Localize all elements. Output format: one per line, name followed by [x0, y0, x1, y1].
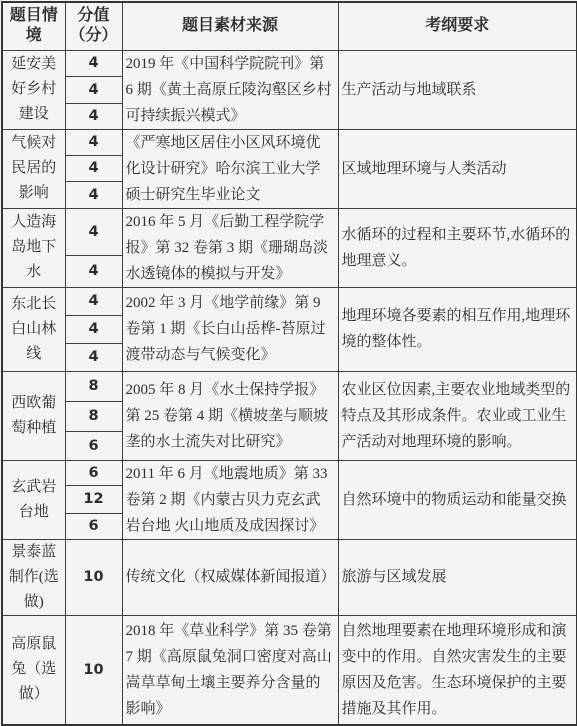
context-cell: 人造海岛地下水 — [2, 208, 65, 287]
table-row: 延安美好乡村建设 4 2019 年《中国科学院院刊》第 6 期《黄土高原丘陵沟壑… — [2, 50, 577, 77]
header-row: 题目情境 分值 （分） 题目素材来源 考纲要求 — [2, 2, 577, 50]
table-row: 人造海岛地下水 4 2016 年 5 月《后勤工程学院学报》第 32 卷第 3 … — [2, 208, 577, 256]
header-requirement: 考纲要求 — [338, 2, 577, 50]
source-cell: 2011 年 6 月《地震地质》第 33 卷第 2 期《内蒙古贝力克玄武岩台地 … — [122, 460, 338, 539]
requirement-cell: 区域地理环境与人类活动 — [338, 129, 577, 208]
score-cell: 8 — [65, 401, 122, 431]
score-cell: 6 — [65, 460, 122, 486]
table-row: 高原鼠兔（选做） 10 2018 年《草业科学》第 35 卷第 7 期《高原鼠兔… — [2, 615, 577, 725]
context-cell: 景泰蓝制作(选做) — [2, 539, 65, 615]
requirement-cell: 自然地理要素在地理环境形成和演变中的作用。自然灾害发生的主要原因及危害。生态环境… — [338, 615, 577, 725]
requirement-cell: 农业区位因素,主要农业地域类型的特点及其形成条件。农业或工业生产活动对地理环境的… — [338, 371, 577, 460]
score-cell: 4 — [65, 208, 122, 256]
scanned-document-page: 题目情境 分值 （分） 题目素材来源 考纲要求 延安美好乡村建设 4 2019 … — [0, 0, 577, 675]
context-cell: 气候对民居的影响 — [2, 129, 65, 208]
source-cell: 2016 年 5 月《后勤工程学院学报》第 32 卷第 3 期《珊瑚岛淡水透镜体… — [122, 208, 338, 287]
header-score-line2: （分） — [67, 26, 121, 46]
score-cell: 4 — [65, 103, 122, 129]
score-cell: 4 — [65, 129, 122, 155]
score-cell: 10 — [65, 615, 122, 725]
score-cell: 4 — [65, 287, 122, 315]
source-cell: 2019 年《中国科学院院刊》第 6 期《黄土高原丘陵沟壑区乡村可持续振兴模式》 — [122, 50, 338, 129]
table-row: 气候对民居的影响 4 《严寒地区居住小区风环境优化设计研究》哈尔滨工业大学硕士研… — [2, 129, 577, 155]
source-cell: 2002 年 3 月《地学前缘》第 9 卷第 1 期《长白山岳桦-苔原过渡带动态… — [122, 287, 338, 371]
table-row: 景泰蓝制作(选做) 10 传统文化（权威媒体新闻报道） 旅游与区域发展 — [2, 539, 577, 615]
table-row: 玄武岩台地 6 2011 年 6 月《地震地质》第 33 卷第 2 期《内蒙古贝… — [2, 460, 577, 486]
requirement-cell: 地理环境各要素的相互作用,地理环境的整体性。 — [338, 287, 577, 371]
requirement-cell: 生产活动与地域联系 — [338, 50, 577, 129]
header-source: 题目素材来源 — [122, 2, 338, 50]
score-cell: 8 — [65, 371, 122, 401]
source-cell: 2018 年《草业科学》第 35 卷第 7 期《高原鼠兔洞口密度对高山嵩草草甸土… — [122, 615, 338, 725]
score-cell: 4 — [65, 343, 122, 371]
exam-question-table: 题目情境 分值 （分） 题目素材来源 考纲要求 延安美好乡村建设 4 2019 … — [1, 1, 577, 726]
score-cell: 4 — [65, 315, 122, 343]
source-cell: 2005 年 8 月《水土保持学报》第 25 卷第 4 期《横坡垄与顺坡垄的水土… — [122, 371, 338, 460]
header-context: 题目情境 — [2, 2, 65, 50]
requirement-cell: 自然环境中的物质运动和能量交换 — [338, 460, 577, 539]
requirement-cell: 旅游与区域发展 — [338, 539, 577, 615]
source-cell: 传统文化（权威媒体新闻报道） — [122, 539, 338, 615]
context-cell: 东北长白山林线 — [2, 287, 65, 371]
context-cell: 玄武岩台地 — [2, 460, 65, 539]
score-cell: 4 — [65, 50, 122, 77]
source-cell: 《严寒地区居住小区风环境优化设计研究》哈尔滨工业大学硕士研究生毕业论文 — [122, 129, 338, 208]
score-cell: 6 — [65, 431, 122, 460]
score-cell: 4 — [65, 155, 122, 181]
context-cell: 延安美好乡村建设 — [2, 50, 65, 129]
score-cell: 12 — [65, 486, 122, 513]
score-cell: 4 — [65, 256, 122, 287]
context-cell: 高原鼠兔（选做） — [2, 615, 65, 725]
score-cell: 6 — [65, 513, 122, 539]
score-cell: 10 — [65, 539, 122, 615]
score-cell: 4 — [65, 77, 122, 104]
context-cell: 西欧葡萄种植 — [2, 371, 65, 460]
header-score-line1: 分值 — [67, 6, 121, 26]
requirement-cell: 水循环的过程和主要环节,水循环的地理意义。 — [338, 208, 577, 287]
score-cell: 4 — [65, 182, 122, 208]
table-row: 西欧葡萄种植 8 2005 年 8 月《水土保持学报》第 25 卷第 4 期《横… — [2, 371, 577, 401]
table-row: 东北长白山林线 4 2002 年 3 月《地学前缘》第 9 卷第 1 期《长白山… — [2, 287, 577, 315]
header-score: 分值 （分） — [65, 2, 122, 50]
